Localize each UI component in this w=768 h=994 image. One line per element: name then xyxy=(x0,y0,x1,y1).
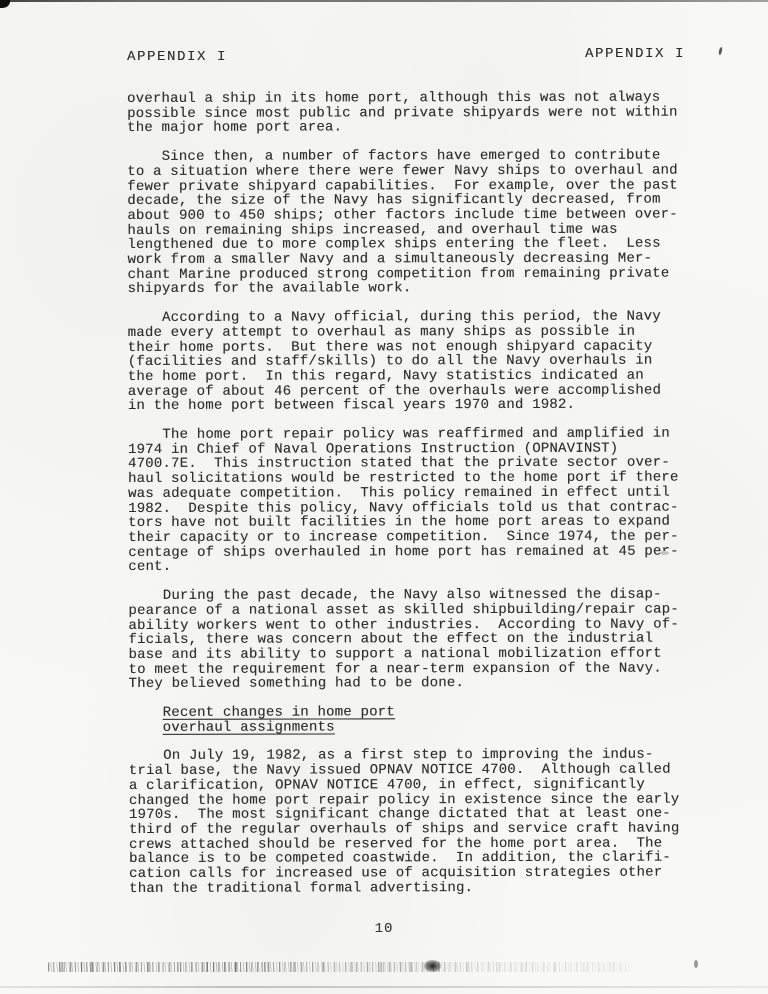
section-heading-line-1: Recent changes in home port xyxy=(163,704,729,720)
appendix-label-right: APPENDIX I xyxy=(585,46,685,62)
scan-bottom-line-artifact xyxy=(0,986,768,988)
scanned-document-page: APPENDIX I APPENDIX I overhaul a ship in… xyxy=(0,0,768,994)
scan-speck xyxy=(694,960,698,968)
scan-speck xyxy=(660,551,669,555)
appendix-label-left: APPENDIX I xyxy=(127,49,227,65)
scan-noise-blob-artifact xyxy=(424,960,441,972)
scan-speck xyxy=(718,47,723,55)
paragraph-1: overhaul a ship in its home port, althou… xyxy=(127,90,727,136)
document-body: overhaul a ship in its home port, althou… xyxy=(127,90,729,910)
section-heading: Recent changes in home port overhaul ass… xyxy=(129,704,729,735)
paragraph-6: On July 19, 1982, as a first step to imp… xyxy=(129,748,729,897)
paragraph-2: Since then, a number of factors have eme… xyxy=(127,149,727,298)
scan-corner-artifact xyxy=(0,0,10,8)
scan-top-edge-artifact xyxy=(0,0,768,2)
paragraph-5: During the past decade, the Navy also wi… xyxy=(128,588,728,692)
paragraph-3: According to a Navy official, during thi… xyxy=(128,310,728,414)
page-number: 10 xyxy=(0,921,768,937)
section-heading-line-2: overhaul assignments xyxy=(163,719,729,735)
paragraph-4: The home port repair policy was reaffirm… xyxy=(128,426,728,575)
scan-noise-band-artifact xyxy=(48,962,630,972)
